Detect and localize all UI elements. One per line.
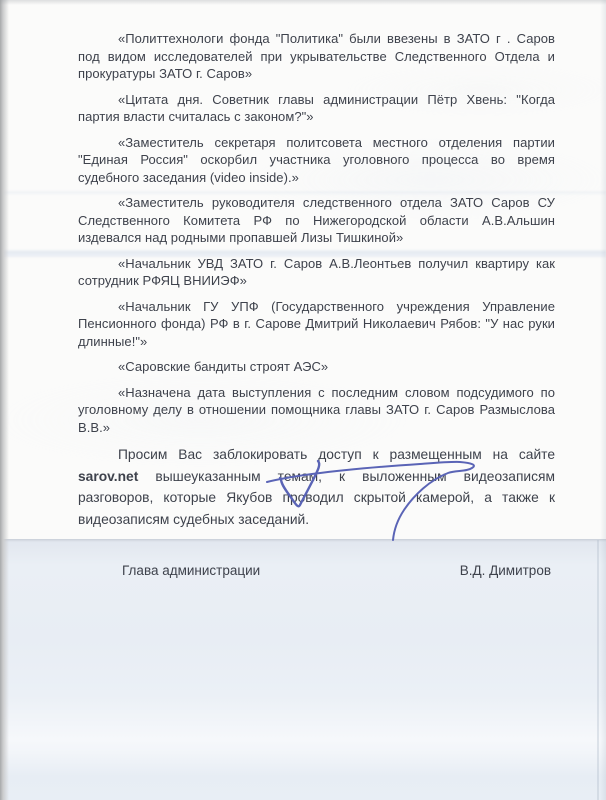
quoted-topic-paragraph: «Саровские бандиты строят АЭС» [78,358,555,376]
signer-title: Глава администрации [122,563,260,579]
quoted-topic-paragraph: «Начальник ГУ УПФ (Государственного учре… [78,298,555,351]
signature-ink [258,428,488,548]
scan-left-edge-shadow [0,0,9,800]
scan-top-edge-shadow [0,0,606,5]
site-name: sarov.net [78,469,138,484]
scan-right-edge-shadow [600,0,606,800]
quoted-topic-paragraph: «Заместитель секретаря политсовета местн… [78,134,555,187]
quoted-topic-paragraph: «Заместитель руководителя следственного … [78,194,555,247]
quoted-topic-paragraph: «Цитата дня. Советник главы администраци… [78,91,555,126]
scanned-letter-page: «Политтехнологи фонда "Политика" были вв… [0,0,606,800]
signoff-row: Глава администрации В.Д. Димитров [78,563,555,579]
signer-name: В.Д. Димитров [460,563,551,579]
quoted-topic-paragraph: «Политтехнологи фонда "Политика" были вв… [78,30,555,83]
scan-right-edge-line [597,540,599,800]
quoted-topic-paragraph: «Начальник УВД ЗАТО г. Саров А.В.Леонтье… [78,255,555,290]
